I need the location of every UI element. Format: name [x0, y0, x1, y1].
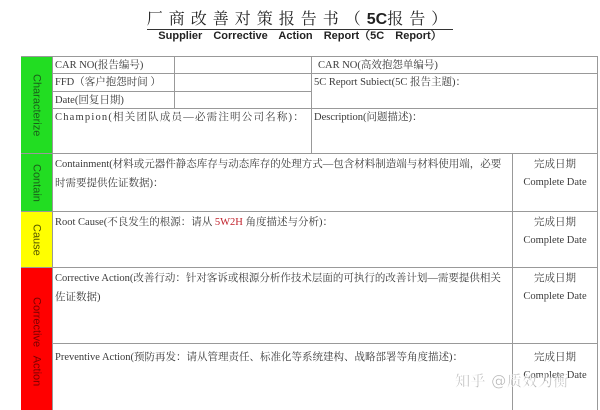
- section-corrective-action: Corrective Action: [21, 268, 52, 410]
- car-no-label: CAR NO(报告编号): [52, 57, 174, 74]
- champion-field[interactable]: Champion(相关团队成员—必需注明公司名称)：: [52, 109, 311, 154]
- complete-date-cn: 完成日期: [515, 349, 595, 367]
- complete-date-en: Complete Date: [515, 232, 595, 250]
- preventive-action-field[interactable]: Preventive Action(预防再发：请从管理责任、标准化等系统建构、战…: [52, 344, 512, 410]
- car-no-hq-field[interactable]: CAR NO(高效抱怨单编号): [311, 57, 597, 74]
- zhihu-watermark: 知乎 @质效为衡: [455, 370, 569, 391]
- car-no-input[interactable]: [174, 57, 311, 74]
- document-title: 厂商改善对策报告书（5C报告）: [0, 6, 600, 29]
- ffd-label: FFD（客户抱怨时间 ）: [52, 74, 174, 92]
- 5c-report-table: Characterize Contain Cause Corrective Ac…: [21, 56, 598, 410]
- ffd-input[interactable]: [174, 74, 311, 92]
- complete-date-cn: 完成日期: [515, 214, 595, 232]
- section-label-corrective-action: Corrective Action: [31, 297, 43, 386]
- section-cause: Cause: [21, 212, 52, 268]
- section-characterize: Characterize: [21, 57, 52, 154]
- root-cause-complete-date[interactable]: 完成日期 Complete Date: [512, 212, 597, 268]
- complete-date-cn: 完成日期: [515, 156, 595, 174]
- complete-date-en: Complete Date: [515, 174, 595, 192]
- date-label: Date(回复日期): [52, 92, 174, 109]
- corrective-action-complete-date[interactable]: 完成日期 Complete Date: [512, 268, 597, 344]
- date-input[interactable]: [174, 92, 311, 109]
- root-cause-field[interactable]: Root Cause(不良发生的根源：请从 5W2H 角度描述与分析)：: [52, 212, 512, 268]
- corrective-action-field[interactable]: Corrective Action(改善行动：针对客诉或根源分析作技术层面的可执…: [52, 268, 512, 344]
- description-field[interactable]: Description(问题描述)：: [311, 109, 597, 154]
- complete-date-en: Complete Date: [515, 288, 595, 306]
- 5w2h-highlight: 5W2H: [215, 217, 243, 228]
- section-label-cause: Cause: [31, 224, 43, 256]
- containment-field[interactable]: Containment(材料或元器件静态库存与动态库存的处理方式—包含材料制造端…: [52, 154, 512, 212]
- document-subtitle: Supplier Corrective Action Report（5C Rep…: [0, 27, 600, 43]
- report-subject-field[interactable]: 5C Report Subiect(5C 报告主题)：: [311, 74, 597, 109]
- section-label-contain: Contain: [31, 164, 43, 202]
- containment-complete-date[interactable]: 完成日期 Complete Date: [512, 154, 597, 212]
- section-contain: Contain: [21, 154, 52, 212]
- complete-date-cn: 完成日期: [515, 270, 595, 288]
- section-label-characterize: Characterize: [31, 74, 43, 136]
